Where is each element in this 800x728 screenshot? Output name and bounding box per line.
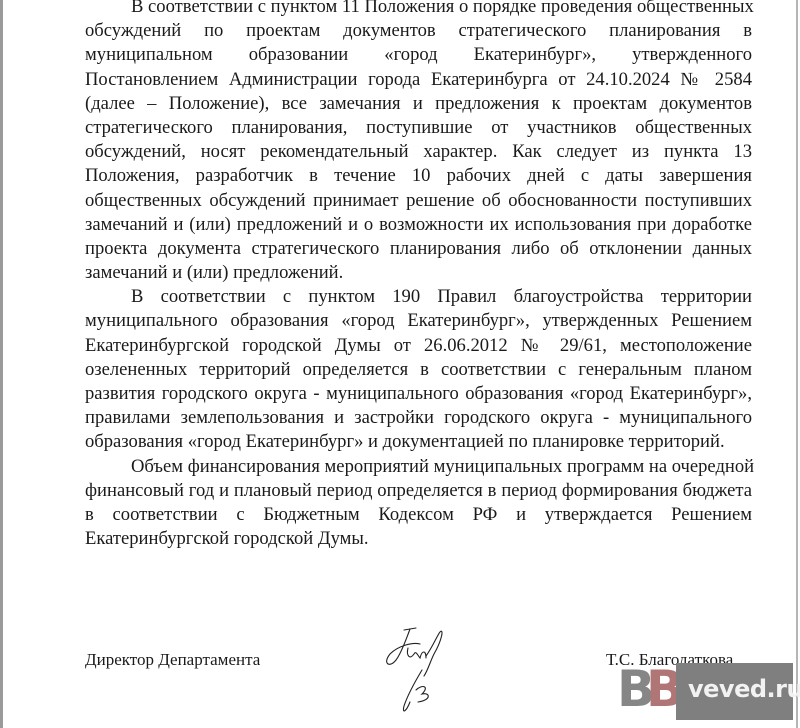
document-body: В соответствии с пунктом 11 Положения о … xyxy=(85,0,752,551)
text-line: муниципального образования «город Екатер… xyxy=(85,309,752,333)
page-left-edge xyxy=(0,0,3,728)
text-line: (далее – Положение), все замечания и пре… xyxy=(85,92,752,116)
page-right-edge xyxy=(796,0,798,728)
watermark-box: veved.ru xyxy=(676,663,793,720)
watermark-letter-gray: B xyxy=(617,660,646,718)
text-line: образования «город Екатеринбург» и докум… xyxy=(85,430,752,454)
text-line: обсуждений по проектам документов страте… xyxy=(85,19,752,43)
text-line: проекта документа стратегического планир… xyxy=(85,237,752,261)
paragraph-1: В соответствии с пунктом 11 Положения о … xyxy=(85,0,752,285)
text-line: стратегического планирования, поступивши… xyxy=(85,116,752,140)
text-line: Постановлением Администрации города Екат… xyxy=(85,68,752,92)
text-line: В соответствии с пунктом 190 Правил благ… xyxy=(85,285,752,309)
text-line: правилами землепользования и застройки г… xyxy=(85,406,752,430)
text-line: замечаний и (или) предложений. xyxy=(85,261,752,285)
text-line: Объем финансирования мероприятий муницип… xyxy=(85,455,752,479)
text-line: Екатеринбургской городской Думы. xyxy=(85,527,752,551)
signatory-position: Директор Департамента xyxy=(85,650,260,670)
text-line: В соответствии с пунктом 11 Положения о … xyxy=(85,0,752,19)
paragraph-2: В соответствии с пунктом 190 Правил благ… xyxy=(85,285,752,454)
text-line: замечаний и (или) предложений и о возмож… xyxy=(85,213,752,237)
document-page: В соответствии с пунктом 11 Положения о … xyxy=(0,0,800,728)
watermark-site-text: veved.ru xyxy=(688,675,800,703)
text-line: в соответствии с Бюджетным Кодексом РФ и… xyxy=(85,503,752,527)
text-line: финансовый год и плановый период определ… xyxy=(85,479,752,503)
text-line: озелененных территорий определяется в со… xyxy=(85,358,752,382)
text-line: муниципальном образовании «город Екатери… xyxy=(85,43,752,67)
text-line: обсуждений, носят рекомендательный харак… xyxy=(85,140,752,164)
text-line: развития городского округа - муниципальн… xyxy=(85,382,752,406)
text-line: общественных обсуждений принимает решени… xyxy=(85,189,752,213)
text-line: Екатеринбургской городской Думы от 26.06… xyxy=(85,334,752,358)
site-watermark: B B veved.ru xyxy=(617,660,797,720)
handwritten-signature-icon xyxy=(360,620,460,720)
paragraph-3: Объем финансирования мероприятий муницип… xyxy=(85,455,752,552)
text-line: Положения, разработчик в течение 10 рабо… xyxy=(85,164,752,188)
watermark-letter-red: B xyxy=(646,660,675,718)
